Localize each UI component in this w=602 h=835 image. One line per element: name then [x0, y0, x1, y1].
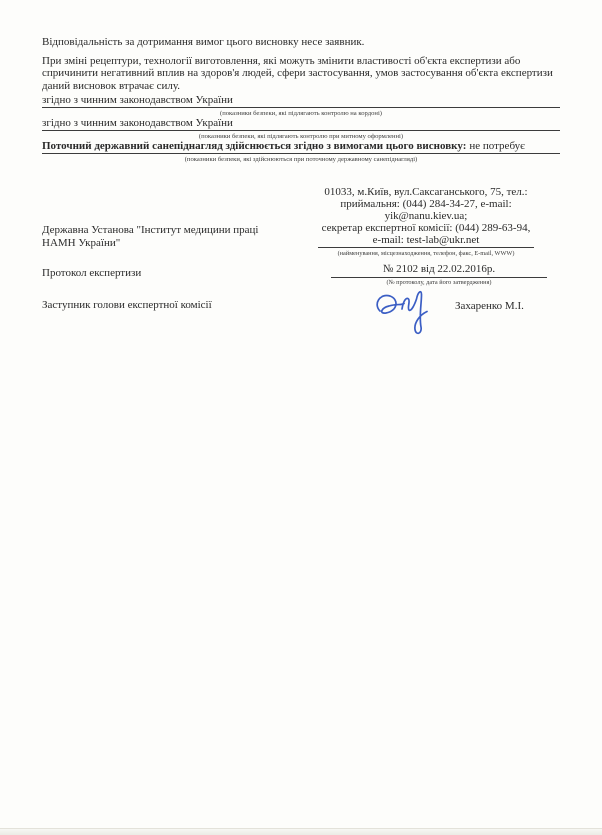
field-customs-control: згідно з чинним законодавством України (…	[42, 117, 560, 140]
organization-contact-caption: (найменування, місцезнаходження, телефон…	[318, 250, 534, 257]
field-current-surveillance-answer: не потребує	[469, 140, 524, 152]
protocol-label: Протокол експертизи	[42, 267, 141, 279]
field-current-surveillance-value: Поточний державний санепіднагляд здійсню…	[42, 140, 560, 154]
organization-name: Державна Установа "Інститут медицини пра…	[42, 224, 294, 250]
field-customs-control-caption: (показники безпеки, які підлягають контр…	[42, 133, 560, 140]
protocol-number-date: № 2102 від 22.02.2016р.	[331, 263, 547, 278]
signatory-name: Захаренко М.І.	[455, 300, 524, 312]
protocol-block: № 2102 від 22.02.2016р. (№ протоколу, да…	[331, 263, 547, 286]
contact-line-secretary-phone: секретар експертної комісії: (044) 289-6…	[318, 222, 534, 234]
organization-name-line: НАМН України"	[42, 237, 294, 250]
field-current-surveillance: Поточний державний санепіднагляд здійсню…	[42, 140, 560, 163]
field-border-control-value: згідно з чинним законодавством України	[42, 94, 560, 108]
organization-name-line: Державна Установа "Інститут медицини пра…	[42, 224, 294, 237]
amendment-clause-line: даний висновок втрачає силу.	[42, 80, 582, 92]
organization-contact-lines: 01033, м.Київ, вул.Саксаганського, 75, т…	[318, 186, 534, 248]
contact-line-reception-phone: приймальня: (044) 284-34-27, e-mail:	[318, 198, 534, 210]
field-current-surveillance-caption: (показники безпеки, які здійснюються при…	[42, 156, 560, 163]
document-page: Відповідальність за дотримання вимог цьо…	[0, 0, 602, 835]
amendment-clause: При зміні рецептури, технології виготовл…	[42, 55, 582, 92]
field-border-control: згідно з чинним законодавством України (…	[42, 94, 560, 117]
signature-ink	[370, 286, 440, 338]
field-customs-control-value: згідно з чинним законодавством України	[42, 117, 560, 131]
contact-line-lab-email: e-mail: test-lab@ukr.net	[318, 234, 534, 246]
field-border-control-caption: (показники безпеки, які підлягають контр…	[42, 110, 560, 117]
signature-stroke	[377, 292, 427, 334]
signatory-role: Заступник голови експертної комісії	[42, 299, 212, 311]
contact-line-email: yik@nanu.kiev.ua;	[318, 210, 534, 222]
protocol-caption: (№ протоколу, дата його затвердження)	[331, 279, 547, 286]
amendment-clause-line: спричинити негативний вплив на здоров'я …	[42, 67, 582, 79]
contact-line-address: 01033, м.Київ, вул.Саксаганського, 75, т…	[318, 186, 534, 198]
organization-contact-block: 01033, м.Київ, вул.Саксаганського, 75, т…	[318, 186, 534, 257]
scan-edge-shadow	[0, 828, 602, 835]
field-current-surveillance-label: Поточний державний санепіднагляд здійсню…	[42, 140, 466, 152]
responsibility-note: Відповідальність за дотримання вимог цьо…	[42, 36, 577, 49]
amendment-clause-line: При зміні рецептури, технології виготовл…	[42, 55, 582, 67]
